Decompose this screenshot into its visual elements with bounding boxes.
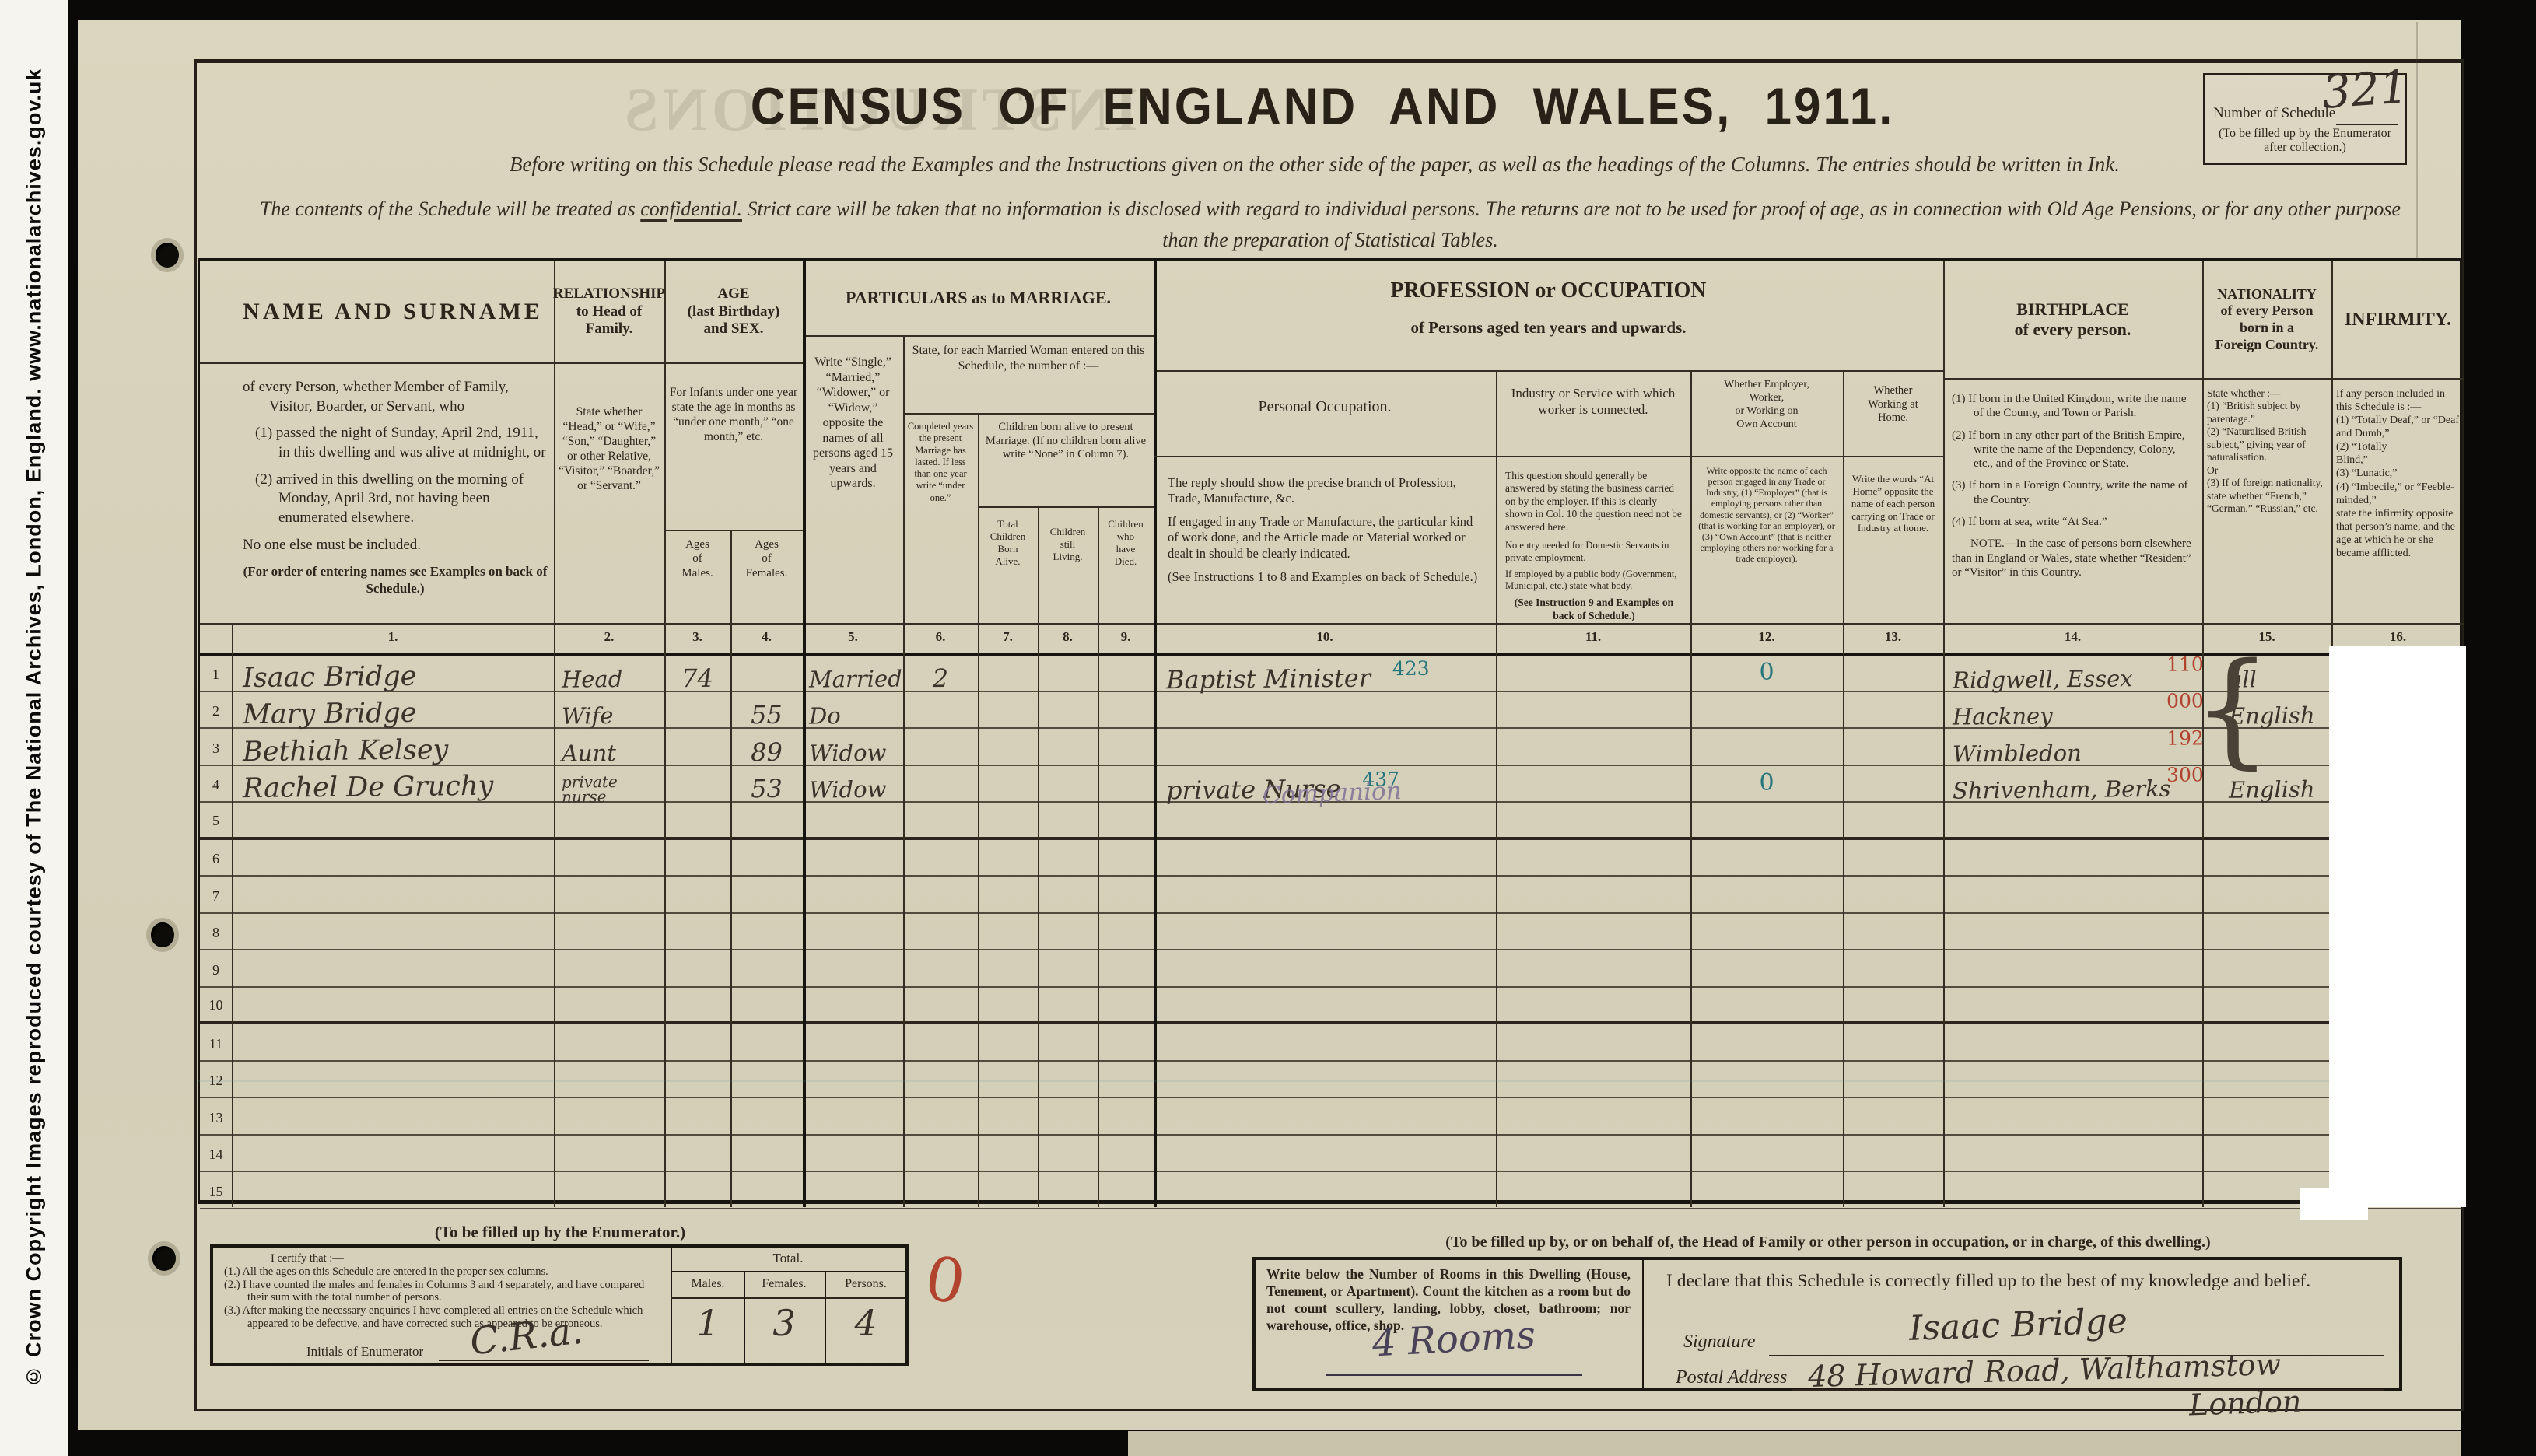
certify-block: I certify that :— (1.) All the ages on t…	[224, 1252, 664, 1331]
industry-desc-4: (See Instruction 9 and Exam­ples on back…	[1505, 597, 1683, 622]
industry-desc-2: No entry needed for Domestic Ser­vants i…	[1505, 540, 1683, 564]
cell-relationship: Aunt	[554, 741, 672, 765]
col-header-birthplace: BIRTHPLACE of every person.	[1943, 261, 2202, 378]
schedule-number-label: Number of Schedule	[2213, 105, 2335, 122]
table-row: 15	[200, 1172, 2464, 1209]
initials-line	[439, 1360, 649, 1361]
cell-relationship: private nurse	[554, 774, 672, 805]
married-woman-desc: State, for each Married Woman entered on…	[911, 343, 1146, 373]
name-column-notes: of every Person, whether Member of Famil…	[243, 378, 548, 605]
working-at-home-desc: Write the words “At Home” opposite the n…	[1848, 473, 1939, 534]
cell-marriage: Widow	[803, 778, 909, 801]
grid-line	[664, 261, 666, 623]
second-sheet-edge	[1128, 1431, 2461, 1456]
total-label: Total.	[671, 1251, 905, 1266]
hole-punch	[156, 243, 179, 268]
females-value: 3	[744, 1302, 825, 1344]
birthplace-item1: (1) If born in the United King­dom, writ…	[1952, 392, 2194, 421]
col-header-infirmity: INFIRMITY.	[2331, 261, 2464, 378]
column-number: 7.	[978, 629, 1038, 645]
col-header-relationship: RELATIONSHIP to Head of Family.	[554, 261, 664, 362]
certify-item-2: (2.) I have counted the males and female…	[224, 1279, 664, 1305]
cell-years-married: 2	[903, 665, 978, 691]
birthplace-item3: (3) If born in a Foreign Country, write …	[1952, 478, 2194, 507]
column-number-row: 1.2.3.4.5.6.7.8.9.10.11.12.13.14.15.16.	[200, 623, 2464, 656]
birthplace-desc: (1) If born in the United King­dom, writ…	[1952, 392, 2194, 587]
divider	[1154, 456, 1943, 457]
row-number: 8	[200, 925, 232, 941]
personal-desc-3: (See Instructions 1 to 8 and Examples on…	[1168, 569, 1483, 585]
form-title: CENSUS OF ENGLAND AND WALES, 1911.	[467, 77, 2178, 137]
grid-line	[2202, 261, 2204, 623]
certify-item-3: (3.) After making the necessary enquirie…	[224, 1304, 664, 1331]
table-row: 8	[200, 914, 2464, 951]
name-desc-item1: (1) passed the night of Sunday, April 2n…	[243, 424, 548, 462]
birthplace-item4: (4) If born at sea, write “At Sea.”	[1952, 515, 2194, 529]
cell-employment-mark: 0	[1690, 659, 1843, 686]
initials-label: Initials of Enumerator	[306, 1344, 423, 1360]
name-desc-intro: of every Person, whether Member of Famil…	[243, 378, 548, 416]
census-table: NAME AND SURNAME RELATIONSHIP to Head of…	[198, 258, 2462, 1204]
grid-line	[903, 335, 905, 623]
cell-name: Rachel De Gruchy	[232, 772, 565, 803]
grid-line	[232, 623, 233, 1207]
grid-line	[903, 623, 905, 1207]
cell-name: Mary Bridge	[232, 698, 565, 729]
col-header-nationality: NATIONALITY of every Person born in a Fo…	[2202, 261, 2331, 378]
grid-line	[730, 530, 732, 623]
children-died-label: Children who have Died.	[1098, 518, 1154, 567]
nationality-desc: State whether :— (1) “British sub­ject b…	[2207, 387, 2327, 516]
schedule-number-line	[2336, 124, 2398, 125]
column-number: 9.	[1098, 629, 1154, 645]
table-row: 14	[200, 1136, 2464, 1173]
confidential-pre: The contents of the Schedule will be tre…	[260, 198, 640, 220]
divider	[1642, 1260, 1644, 1388]
column-number: 3.	[664, 629, 730, 645]
enumerator-box: I certify that :— (1.) All the ages on t…	[210, 1244, 909, 1366]
household-section-title: (To be filled up by, or on behalf of, th…	[1252, 1234, 2404, 1251]
grid-line	[1098, 506, 1099, 623]
table-row: 7	[200, 877, 2464, 914]
table-row: 3Bethiah KelseyAunt89WidowWimbledon192	[200, 729, 2464, 766]
cell-name: Bethiah Kelsey	[232, 735, 565, 765]
cell-relationship: Wife	[554, 704, 672, 728]
grid-line	[1690, 370, 1692, 623]
cell-marriage: Do	[803, 704, 909, 727]
grid-line	[1943, 623, 1945, 1207]
postal-address-value2: London	[2188, 1384, 2302, 1422]
table-row: 9	[200, 950, 2464, 988]
certify-item-1: (1.) All the ages on this Schedule are e…	[224, 1265, 664, 1279]
schedule-number-box: Number of Schedule (To be filled up by t…	[2203, 73, 2407, 165]
postal-address-label: Postal Address	[1676, 1367, 1787, 1388]
household-box: Write below the Number of Rooms in this …	[1252, 1257, 2402, 1391]
table-row: 5	[200, 803, 2464, 840]
instruction-line: Before writing on this Schedule please r…	[311, 152, 2318, 177]
cell-age-male: 74	[664, 665, 730, 691]
confidential-word: confidential.	[640, 198, 742, 220]
name-desc-note2: (For order of entering names see Example…	[243, 563, 548, 597]
copyright-text: © Crown Copyright Images reproduced cour…	[23, 68, 47, 1388]
divider	[1943, 378, 2464, 380]
col-header-marriage: PARTICULARS as to MARRIAGE.	[803, 261, 1154, 335]
employer-label: Whether Employer, Worker, or Working on …	[1690, 378, 1843, 431]
signature-label: Signature	[1683, 1332, 1755, 1353]
confidential-line2: than the preparation of Statistical Tabl…	[233, 229, 2427, 252]
relationship-desc: State whether “Head,” or “Wife,” “Son,” …	[558, 405, 660, 493]
name-desc-item2: (2) arrived in this dwelling on the morn…	[243, 471, 548, 528]
copyright-strip: © Crown Copyright Images reproduced cour…	[0, 0, 68, 1456]
children-header: Children born alive to present Marriage.…	[983, 421, 1148, 462]
personal-occupation-desc: The reply should show the precise branch…	[1168, 475, 1483, 593]
employer-desc: Write opposite the name of each person e…	[1697, 465, 1837, 564]
persons-label: Persons.	[825, 1277, 907, 1291]
table-row: 4Rachel De Gruchyprivate nurse53Widowpri…	[200, 766, 2464, 803]
cell-occupation: Baptist Minister423	[1154, 657, 1508, 692]
column-number: 4.	[730, 629, 803, 645]
cell-employment-mark: 0	[1690, 769, 1843, 796]
column-number: 13.	[1843, 629, 1943, 645]
col-header-name: NAME AND SURNAME	[232, 261, 554, 362]
redaction-block	[2329, 646, 2466, 1207]
age-males-label: Ages of Males.	[664, 537, 730, 580]
grid-line	[2331, 261, 2333, 623]
census-schedule-scan: © Crown Copyright Images reproduced cour…	[0, 0, 2536, 1456]
name-desc-note1: No one else must be included.	[243, 536, 548, 555]
scan-artifact-line	[198, 1080, 2462, 1082]
rooms-value: 4 Rooms	[1371, 1314, 1537, 1366]
table-row: 1Isaac BridgeHead74Married2Baptist Minis…	[200, 655, 2464, 692]
row-number: 1	[200, 667, 232, 683]
cell-age-female: 55	[730, 702, 803, 728]
grid-line	[1154, 623, 1157, 1207]
enumerator-section-title: (To be filled up by the Enumerator.)	[210, 1223, 910, 1242]
grid-line	[803, 261, 806, 623]
row-number: 4	[200, 777, 232, 793]
schedule-number-value: 321	[2321, 60, 2410, 119]
column-number: 1.	[232, 629, 554, 645]
column-number: 12.	[1690, 629, 1843, 645]
infirmity-desc: If any person included in this Schedule …	[2336, 387, 2461, 560]
grid-line	[1496, 623, 1497, 1207]
grid-line	[554, 623, 555, 1207]
cell-marriage: Married	[803, 667, 909, 691]
divider	[903, 413, 1154, 415]
signature-value: Isaac Bridge	[1908, 1301, 2128, 1349]
table-row: 13	[200, 1098, 2464, 1136]
grid-line	[730, 623, 732, 1207]
cell-age-female: 89	[730, 739, 803, 765]
grid-line	[664, 623, 666, 1207]
age-desc: For Infants under one year state the age…	[667, 386, 800, 445]
table-row: 2Mary BridgeWife55DoHackney000English	[200, 692, 2464, 730]
table-row: 11	[200, 1024, 2464, 1062]
col-header-profession-sub: of Persons aged ten years and upwards.	[1154, 313, 1943, 344]
grid-line	[1843, 370, 1844, 623]
cell-age-female: 53	[730, 776, 803, 802]
females-label: Females.	[744, 1277, 825, 1291]
col-header-profession: PROFESSION or OCCUPATION	[1154, 268, 1943, 314]
row-number: 3	[200, 740, 232, 757]
total-children-label: Total Children Born Alive.	[978, 518, 1038, 567]
column-number: 10.	[1154, 629, 1496, 645]
occupation-code: 423	[1392, 656, 1430, 679]
age-females-label: Ages of Females.	[730, 537, 803, 580]
row-number: 6	[200, 851, 232, 867]
row-number: 7	[200, 888, 232, 905]
divider	[664, 530, 803, 531]
schedule-number-note: (To be filled up by the Enumerator after…	[2205, 127, 2405, 155]
marriage-single-desc: Write “Single,” “Married,” “Widower,” or…	[806, 355, 900, 492]
white-patch	[2300, 1188, 2368, 1220]
personal-occupation-label: Personal Occupation.	[1154, 397, 1496, 416]
children-living-label: Children still Living.	[1038, 526, 1098, 563]
cell-birthplace: Wimbledon192	[1943, 740, 2212, 766]
divider	[1154, 370, 1943, 372]
hole-punch	[152, 1246, 176, 1271]
divider	[200, 362, 803, 364]
column-number: 5.	[803, 629, 903, 645]
row-number: 13	[200, 1110, 232, 1126]
column-number: 2.	[554, 629, 664, 645]
row-number: 2	[200, 703, 232, 719]
personal-desc-1: The reply should show the precise branch…	[1168, 475, 1483, 506]
divider	[671, 1297, 905, 1299]
grid-line	[554, 261, 555, 623]
row-number: 11	[200, 1036, 232, 1052]
working-at-home-label: Whether Working at Home.	[1843, 384, 1943, 425]
industry-desc-1: This question should gener­ally be answe…	[1505, 470, 1683, 534]
row-number: 14	[200, 1146, 232, 1163]
cell-name: Isaac Bridge	[232, 661, 565, 691]
grid-line	[1843, 623, 1844, 1207]
row-number: 15	[200, 1184, 232, 1200]
completed-years-desc: Com­pleted years the present Marriage ha…	[905, 421, 976, 504]
column-number: 16.	[2331, 629, 2464, 645]
persons-value: 4	[825, 1302, 907, 1344]
cell-relationship: Head	[554, 667, 672, 691]
grid-line	[1154, 261, 1157, 623]
table-row: 10	[200, 988, 2464, 1025]
hole-punch	[151, 922, 174, 947]
row-number: 9	[200, 962, 232, 978]
grid-line	[978, 413, 979, 623]
divider	[671, 1271, 905, 1272]
industry-desc: This question should gener­ally be answe…	[1505, 470, 1683, 630]
row-number: 5	[200, 813, 232, 829]
males-value: 1	[672, 1302, 744, 1344]
confidential-post: Strict care will be taken that no inform…	[742, 198, 2401, 220]
confidential-line: The contents of the Schedule will be tre…	[233, 198, 2427, 221]
divider	[803, 335, 1154, 337]
column-number: 6.	[903, 629, 978, 645]
birthplace-item2: (2) If born in any other part of the Bri…	[1952, 429, 2194, 471]
grid-line	[1038, 623, 1039, 1207]
industry-label: Industry or Service with which worker is…	[1505, 386, 1681, 418]
cell-birthplace: Shrivenham, Berks300	[1943, 777, 2212, 803]
birthplace-note: NOTE.—In the case of persons born elsewh…	[1952, 537, 2194, 579]
paper-crease	[2416, 22, 2418, 258]
grid-line	[978, 623, 979, 1207]
rooms-underline	[1326, 1374, 1582, 1376]
certify-intro: I certify that :—	[224, 1252, 664, 1265]
declaration-text: I declare that this Schedule is correctl…	[1666, 1271, 2390, 1292]
grid-line	[1496, 370, 1497, 623]
grid-line	[1038, 506, 1039, 623]
cell-birthplace: Ridgwell, Essex110	[1943, 667, 2212, 692]
grid-line	[1098, 623, 1099, 1207]
cell-marriage: Widow	[803, 741, 909, 765]
column-number: 8.	[1038, 629, 1098, 645]
nationality-brace: {	[2193, 650, 2272, 767]
column-number: 11.	[1496, 629, 1690, 645]
col-header-age: AGE (last Birthday) and SEX.	[664, 261, 803, 362]
row-number: 10	[200, 997, 232, 1013]
grid-line	[1690, 623, 1692, 1207]
industry-desc-3: If employed by a public body (Government…	[1505, 569, 1683, 593]
personal-desc-2: If engaged in any Trade or Manufacture, …	[1168, 514, 1483, 561]
grid-line	[803, 623, 806, 1207]
column-number: 14.	[1943, 629, 2202, 645]
cell-birthplace: Hackney000	[1943, 703, 2212, 729]
table-row: 6	[200, 840, 2464, 877]
grid-line	[1943, 261, 1945, 623]
males-label: Males.	[672, 1277, 744, 1291]
divider	[978, 506, 1154, 508]
